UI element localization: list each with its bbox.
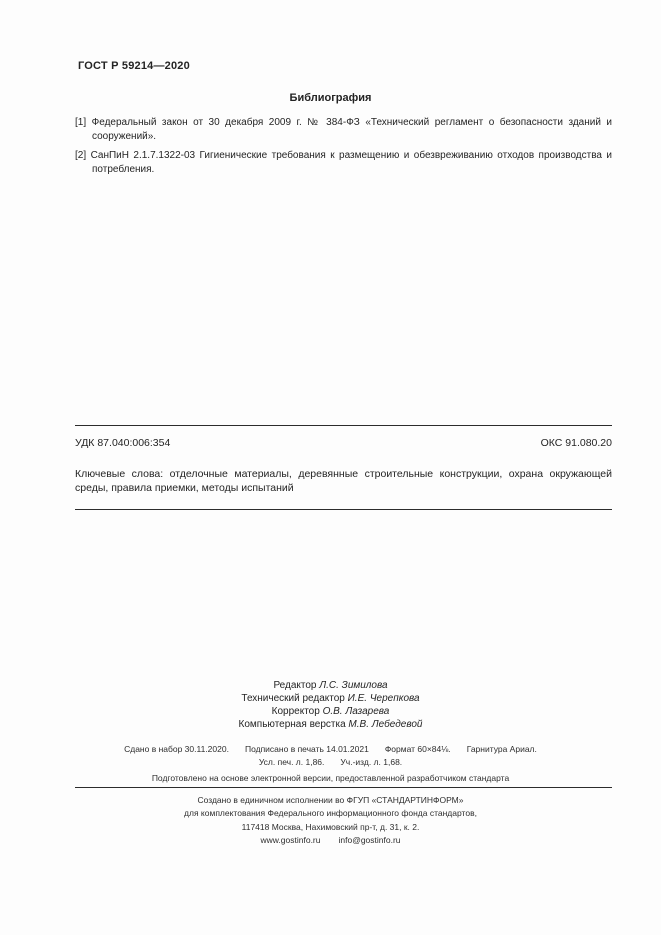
bibliography-entry: [2] СанПиН 2.1.7.1322-03 Гигиенические т… [75,149,612,176]
bib-ref: [1] [75,117,86,128]
divider-rule-top [75,425,612,426]
divider-rule-bottom [75,787,612,788]
publisher-line-2: для комплектования Федерального информац… [0,807,661,820]
credit-role: Технический редактор [241,693,344,704]
publisher-email: info@gostinfo.ru [338,834,400,847]
doc-code: ГОСТ Р 59214—2020 [78,60,190,72]
colophon-typeset-date: Сдано в набор 30.11.2020. [124,744,229,754]
credit-role: Редактор [273,680,316,691]
publisher-website: www.gostinfo.ru [260,834,320,847]
publisher-line-1: Создано в единичном исполнении во ФГУП «… [0,794,661,807]
bibliography-entry: [1] Федеральный закон от 30 декабря 2009… [75,116,612,143]
divider-rule-middle [75,509,612,510]
publisher-block: Создано в единичном исполнении во ФГУП «… [0,794,661,847]
credits-block: Редактор Л.С. Зимилова Технический редак… [0,679,661,731]
bib-ref: [2] [75,150,86,161]
document-page: ГОСТ Р 59214—2020 Библиография [1] Федер… [0,0,661,935]
credit-line: Редактор Л.С. Зимилова [0,679,661,692]
credit-name: О.В. Лазарева [323,706,390,717]
colophon-signed-date: Подписано в печать 14.01.2021 [245,744,369,754]
credit-line: Корректор О.В. Лазарева [0,705,661,718]
section-title: Библиография [0,92,661,104]
colophon-line-2: Усл. печ. л. 1,86. Уч.-изд. л. 1,68. [0,757,661,767]
colophon-format: Формат 60×84⅛. [385,744,451,754]
credit-name: Л.С. Зимилова [319,680,387,691]
prepared-note: Подготовлено на основе электронной верси… [0,773,661,783]
colophon-typeface: Гарнитура Ариал. [467,744,537,754]
credit-line: Компьютерная верстка М.В. Лебедевой [0,718,661,731]
bib-text: Федеральный закон от 30 декабря 2009 г. … [92,117,612,142]
oks-code: ОКС 91.080.20 [541,437,612,449]
credit-name: М.В. Лебедевой [348,719,422,730]
credit-role: Компьютерная верстка [239,719,346,730]
colophon-pub-sheets: Уч.-изд. л. 1,68. [340,757,402,767]
bib-text: СанПиН 2.1.7.1322-03 Гигиенические требо… [91,150,612,175]
credit-line: Технический редактор И.Е. Черепкова [0,692,661,705]
colophon-print-sheets: Усл. печ. л. 1,86. [259,757,325,767]
publisher-address: 117418 Москва, Нахимовский пр-т, д. 31, … [0,821,661,834]
bibliography-list: [1] Федеральный закон от 30 декабря 2009… [75,116,612,182]
publisher-contacts: www.gostinfo.ru info@gostinfo.ru [0,834,661,847]
classification-row: УДК 87.040:006:354 ОКС 91.080.20 [75,437,612,449]
credit-role: Корректор [272,706,320,717]
udk-code: УДК 87.040:006:354 [75,437,170,449]
keywords-paragraph: Ключевые слова: отделочные материалы, де… [75,468,612,495]
colophon-line-1: Сдано в набор 30.11.2020. Подписано в пе… [0,744,661,754]
credit-name: И.Е. Черепкова [348,693,420,704]
